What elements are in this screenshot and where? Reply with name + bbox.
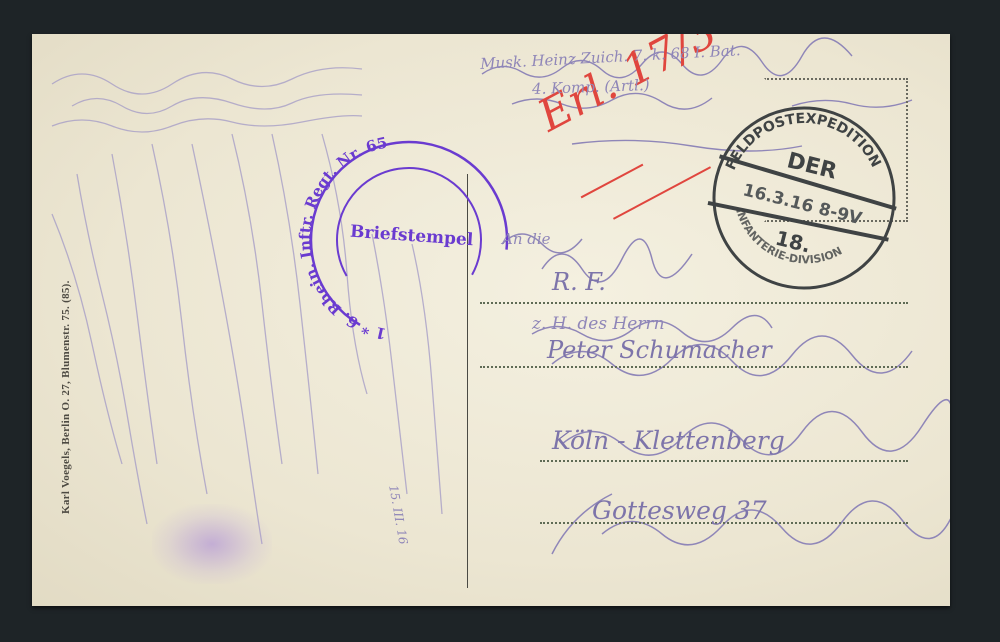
address-line-text-3: z. H. des Herrn xyxy=(532,314,665,334)
address-line-text-4: Peter Schumacher xyxy=(547,336,772,364)
address-line-3 xyxy=(540,460,908,462)
address-line-2 xyxy=(480,366,908,368)
postcard: Karl Voegels, Berlin O. 27, Blumenstr. 7… xyxy=(32,34,950,606)
ink-smudge xyxy=(152,504,272,584)
address-line-text-5: Köln - Klettenberg xyxy=(552,426,785,455)
address-line-text-1: An die xyxy=(502,230,551,248)
address-line-text-6: Gottesweg 37 xyxy=(592,496,767,525)
address-line-text-2: R. F. xyxy=(552,268,606,296)
publisher-imprint: Karl Voegels, Berlin O. 27, Blumenstr. 7… xyxy=(60,280,72,514)
